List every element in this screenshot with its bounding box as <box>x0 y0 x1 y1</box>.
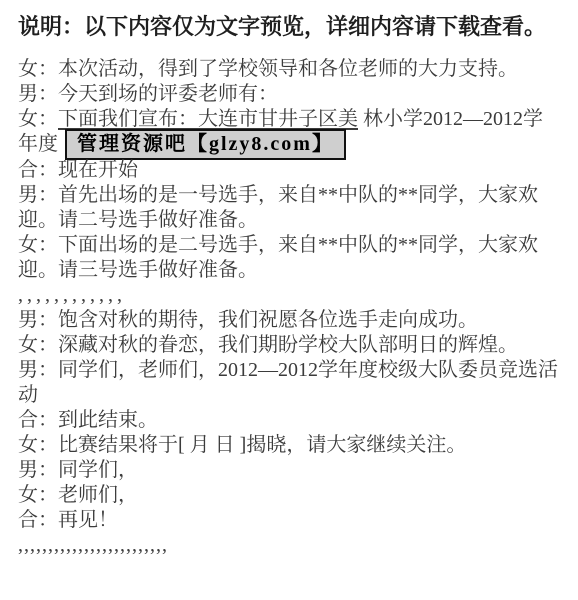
script-line-contestant-1: 男：首先出场的是一号选手，来自**中队的**同学，大家欢 <box>18 183 564 208</box>
script-line-farewell: 合：再见！ <box>18 508 564 533</box>
script-line-results: 女：比赛结果将于[ 月 日 ]揭晓，请大家继续关注。 <box>18 433 564 458</box>
speaker-label: 女： <box>18 108 58 130</box>
script-line-contestant-2: 女：下面出场的是二号选手，来自**中队的**同学，大家欢 <box>18 233 564 258</box>
script-line-closing-announce: 男：同学们，老师们，2012—2012学年度校级大队委员竞选活 <box>18 358 564 383</box>
title-rest-text: 林小学2012—2012学 <box>358 108 543 130</box>
script-line-contestant-1-wrap: 迎。请二号选手做好准备。 <box>18 208 564 233</box>
script-line-begin: 合：现在开始 <box>18 158 564 183</box>
underlined-document-title: 下面我们宣布：大连市甘井子区美 <box>58 108 358 130</box>
script-body: 女：本次活动，得到了学校领导和各位老师的大力支持。 男：今天到场的评委老师有： … <box>18 57 564 558</box>
script-line-year-with-watermark: 年度管理资源吧【glzy8.com】 <box>18 132 564 158</box>
watermark-badge: 管理资源吧【glzy8.com】 <box>65 129 346 160</box>
script-line-closing-wrap: 动 <box>18 383 564 408</box>
script-line-female-wish: 女：深藏对秋的眷恋，我们期盼学校大队部明日的辉煌。 <box>18 333 564 358</box>
document-preview-page: 说明：以下内容仅为文字预览，详细内容请下载查看。 女：本次活动，得到了学校领导和… <box>0 0 578 600</box>
script-line-contestant-2-wrap: 迎。请三号选手做好准备。 <box>18 258 564 283</box>
script-line-male-wish: 男：饱含对秋的期待，我们祝愿各位选手走向成功。 <box>18 308 564 333</box>
ellipsis-row-short: ,,,,,,,,,,,, <box>18 283 564 308</box>
year-text: 年度 <box>18 133 58 155</box>
script-line-male-goodbye: 男：同学们， <box>18 458 564 483</box>
script-line-male-judges: 男：今天到场的评委老师有： <box>18 82 564 107</box>
script-line-female-support: 女：本次活动，得到了学校领导和各位老师的大力支持。 <box>18 57 564 82</box>
script-line-female-goodbye: 女：老师们， <box>18 483 564 508</box>
preview-notice: 说明：以下内容仅为文字预览，详细内容请下载查看。 <box>18 13 564 40</box>
ellipsis-row-long: ,,,,,,,,,,,,,,,,,,,,,,,,, <box>18 533 564 558</box>
script-line-end: 合：到此结束。 <box>18 408 564 433</box>
